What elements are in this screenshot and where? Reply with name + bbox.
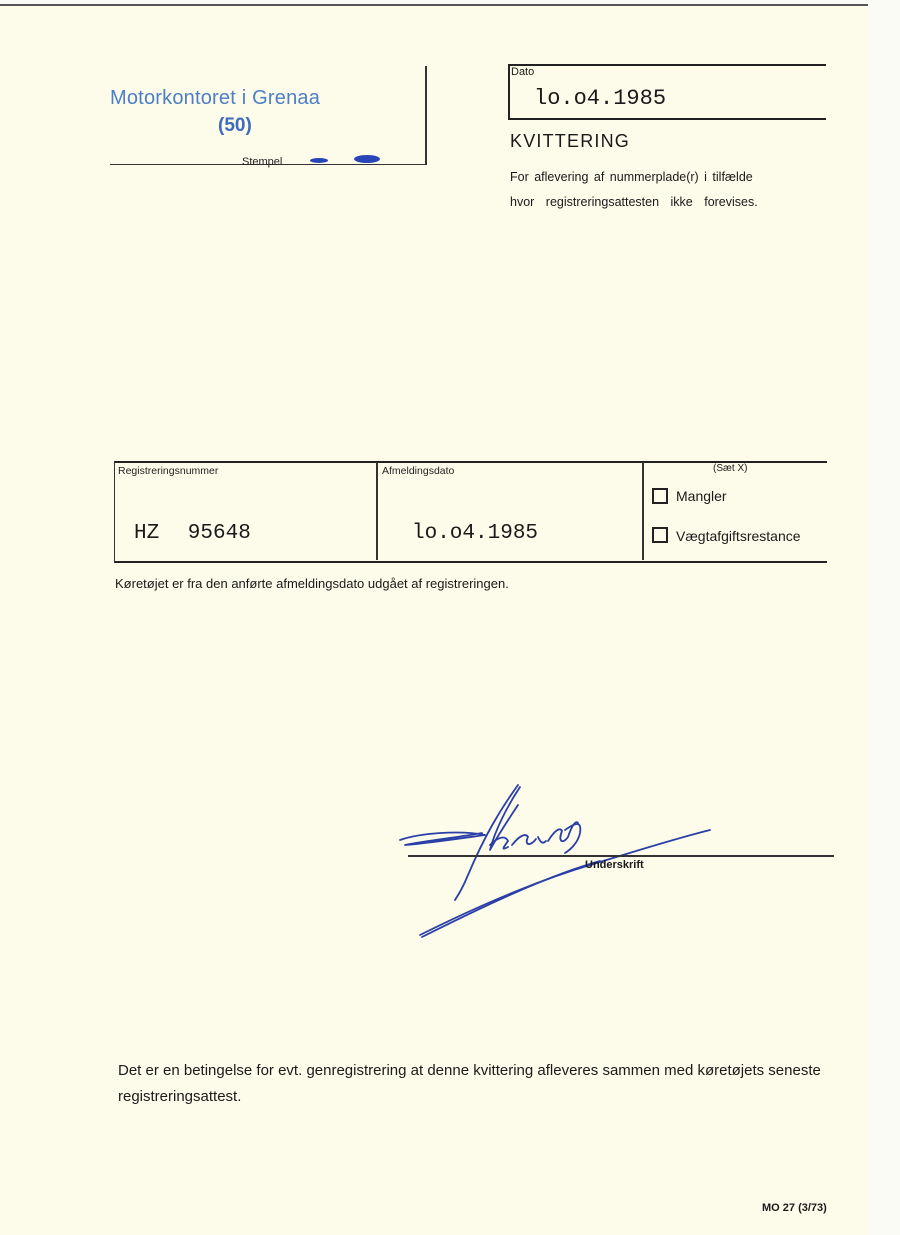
- deregistration-date-label: Afmeldingsdato: [382, 465, 454, 477]
- mark-instruction: (Sæt X): [713, 463, 747, 474]
- paper-sheet: [0, 4, 868, 1235]
- form-id: MO 27 (3/73): [762, 1202, 827, 1214]
- registration-table: [114, 461, 827, 563]
- signature-scribble-icon: [390, 775, 720, 945]
- deregistration-statement: Køretøjet er fra den anførte afmeldingsd…: [115, 576, 509, 591]
- signature-line: [408, 855, 834, 857]
- footer-condition-note: Det er en betingelse for evt. genregistr…: [118, 1058, 848, 1110]
- reg-number-value: HZ 95648: [134, 522, 251, 545]
- stamp-office-code: (50): [218, 115, 252, 137]
- document-subtitle-line2: hvor registreringsattesten ikke forevise…: [510, 195, 758, 209]
- vaegtafgiftsrestance-checkbox[interactable]: [652, 527, 668, 543]
- deregistration-date-value: lo.o4.1985: [412, 522, 538, 545]
- reg-number-label: Registreringsnummer: [118, 465, 218, 477]
- mangler-label: Mangler: [676, 488, 727, 504]
- table-divider: [376, 462, 378, 560]
- vaegtafgiftsrestance-label: Vægtafgiftsrestance: [676, 528, 801, 544]
- ink-blot: [310, 158, 328, 163]
- stamp-box: [110, 66, 427, 165]
- ink-blot: [354, 155, 380, 163]
- date-value: lo.o4.1985: [534, 86, 666, 111]
- mangler-checkbox[interactable]: [652, 488, 668, 504]
- table-divider: [642, 462, 644, 560]
- stamp-office-name: Motorkontoret i Grenaa: [110, 87, 320, 110]
- document-title: KVITTERING: [510, 131, 630, 152]
- document-subtitle-line1: For aflevering af nummerplade(r) i tilfæ…: [510, 170, 753, 184]
- stamp-label: Stempel: [242, 156, 282, 168]
- signature-label: Underskrift: [585, 859, 644, 871]
- date-label: Dato: [511, 66, 534, 78]
